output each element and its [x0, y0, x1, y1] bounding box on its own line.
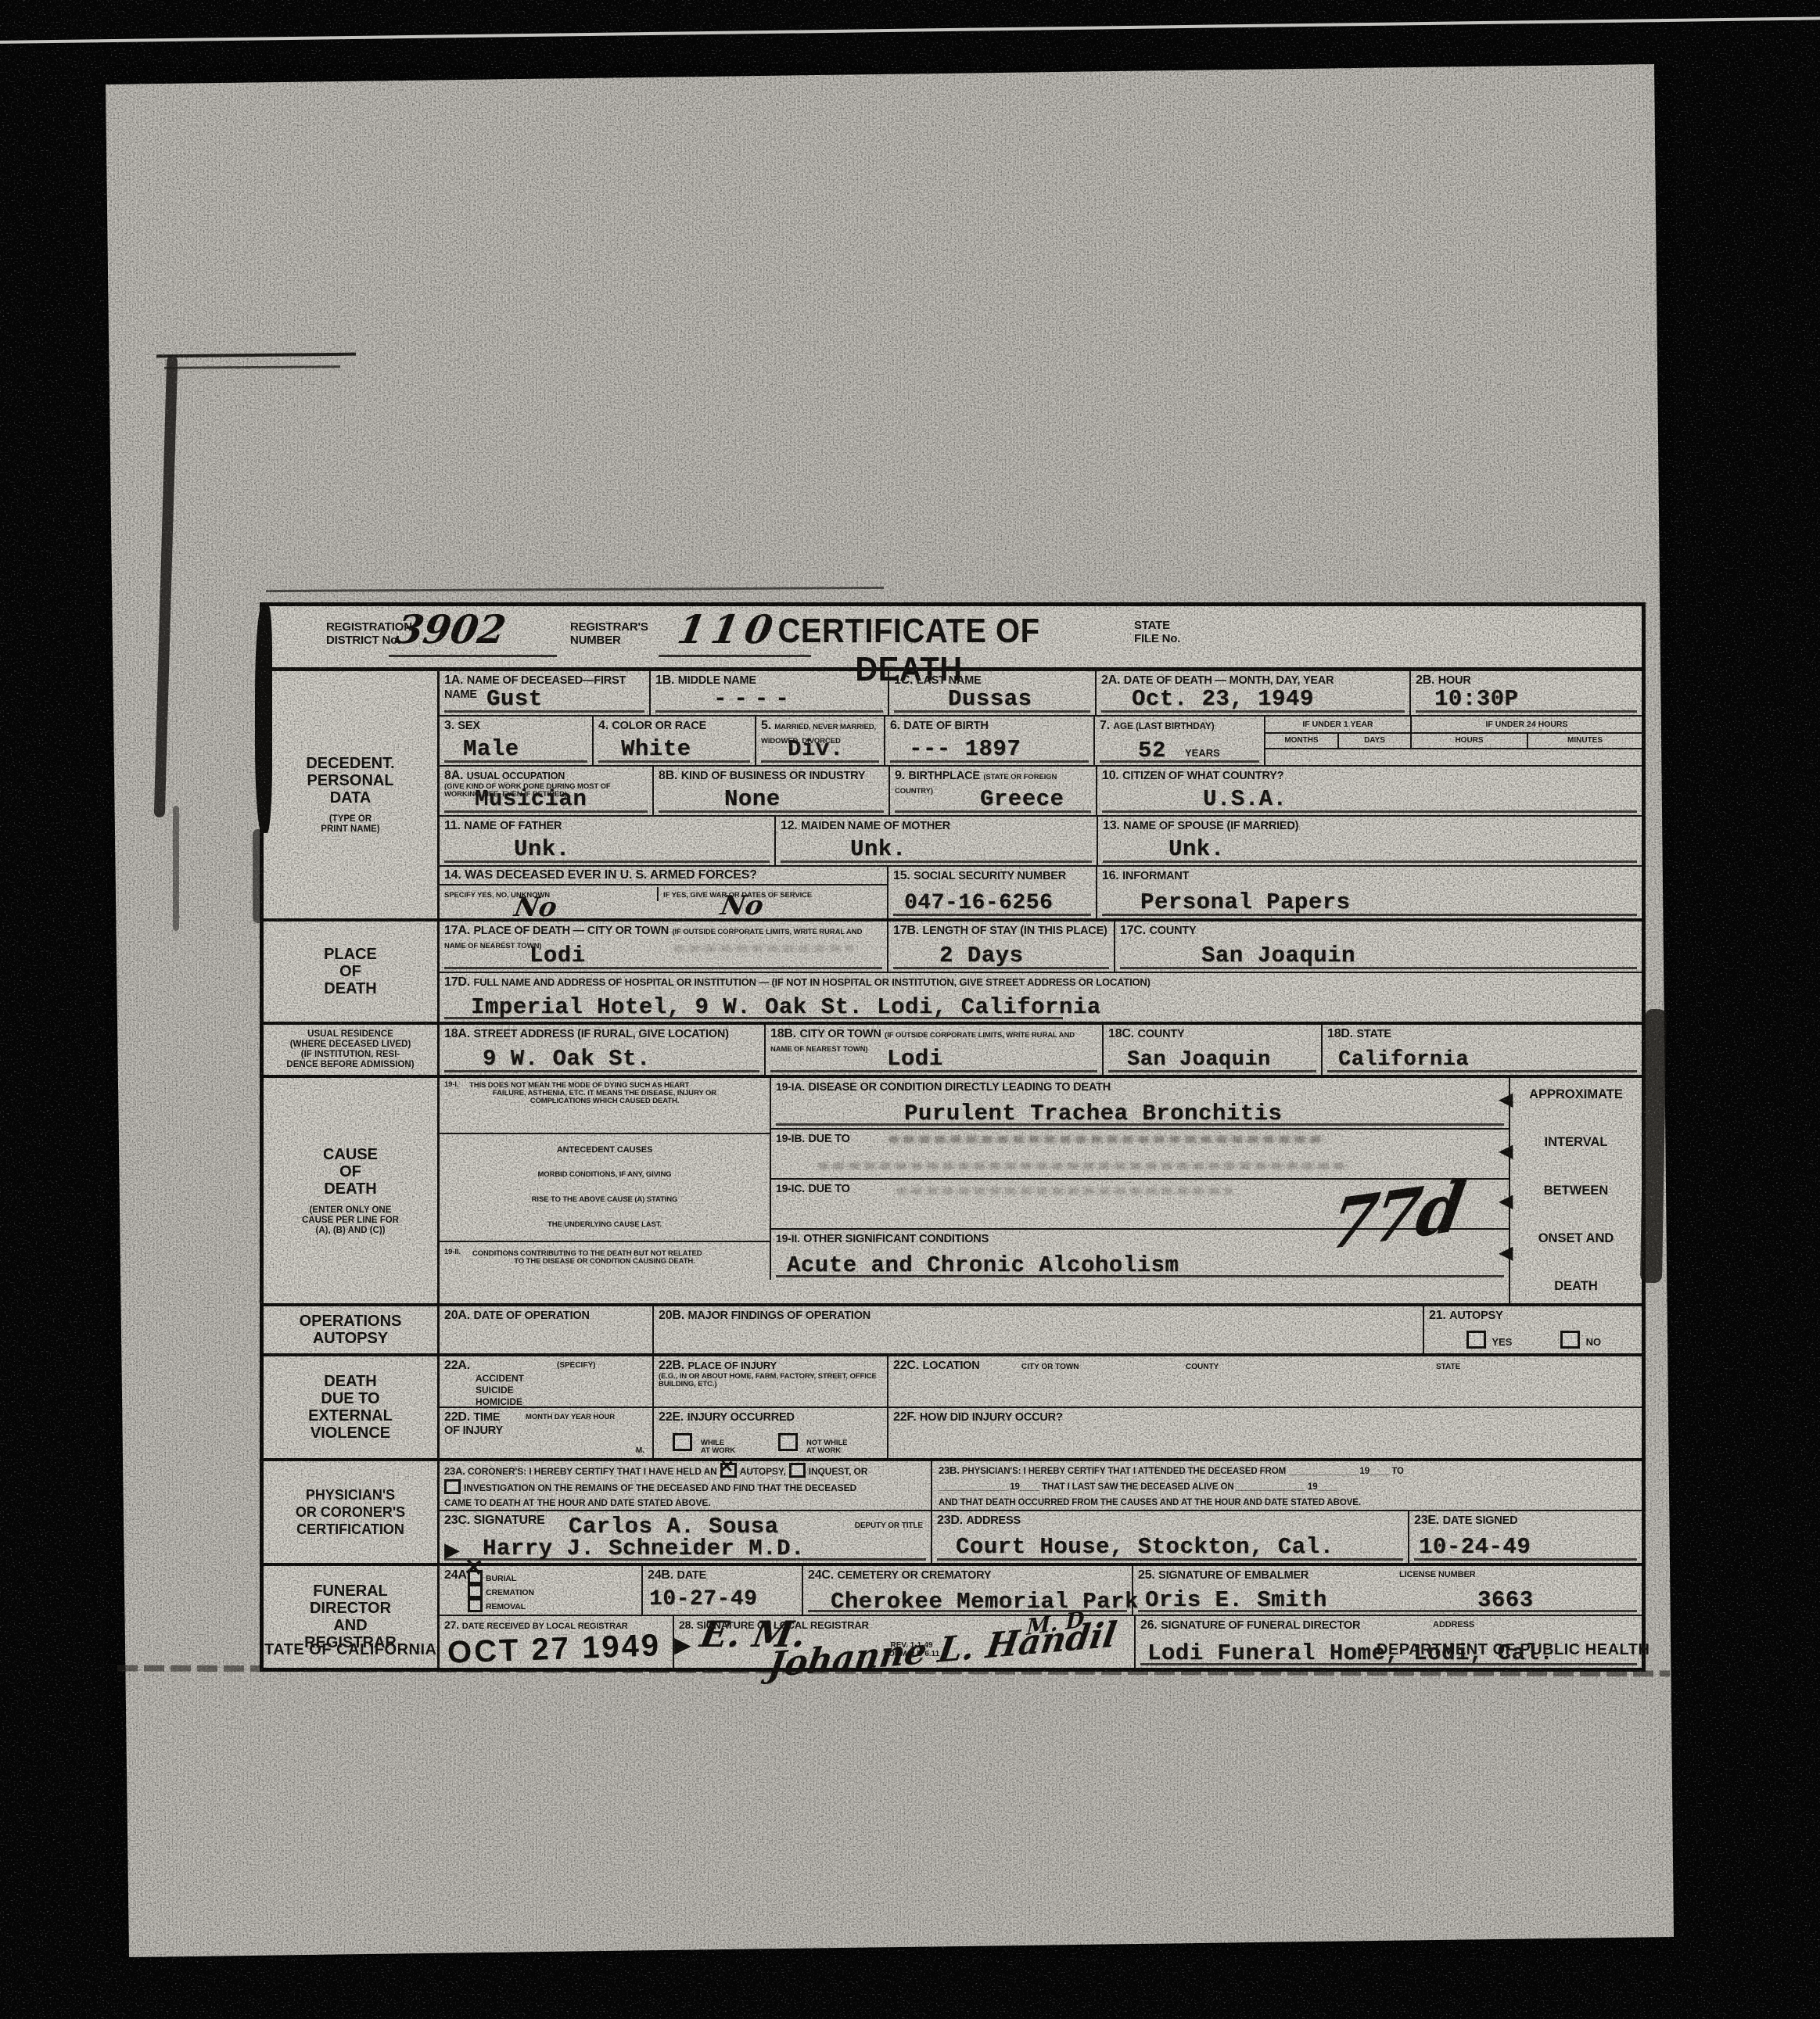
field-label: HOUR: [1438, 674, 1471, 687]
date-received-stamp: OCT 27 1949: [447, 1628, 662, 1671]
field-value: 9 W. Oak St.: [483, 1046, 651, 1072]
city-or-town-label: CITY OR TOWN: [1021, 1363, 1079, 1371]
removal-option: REMOVAL: [465, 1598, 637, 1612]
field-label: WAS DECEASED EVER IN U. S. ARMED FORCES?: [465, 868, 757, 882]
section-label-place: PLACE OF DEATH: [264, 921, 440, 1022]
age-subgrid: IF UNDER 1 YEAR IF UNDER 24 HOURS MONTHS…: [1265, 717, 1642, 749]
removal-label: REMOVAL: [486, 1602, 526, 1611]
row-18: 18A. STREET ADDRESS (IF RURAL, GIVE LOCA…: [440, 1025, 1642, 1075]
cert-text: CORONER'S: I HEREBY CERTIFY THAT I HAVE …: [468, 1466, 717, 1477]
tear-mark-tail: [173, 806, 179, 931]
yes-checkbox: [1466, 1331, 1486, 1349]
field-1c: 1C. LAST NAME Dussas: [888, 671, 1095, 715]
side-label-line: DEATH: [324, 1373, 376, 1390]
field-10: 10. CITIZEN OF WHAT COUNTRY? U.S.A.: [1096, 767, 1642, 815]
cert-text: CAME TO DEATH AT THE HOUR AND DATE STATE…: [444, 1497, 711, 1508]
time-label: TIME: [473, 1411, 500, 1424]
field-label: INFORMANT: [1122, 870, 1189, 882]
burial-checkbox: ✕: [468, 1570, 483, 1584]
field-label: COUNTY: [1149, 925, 1196, 937]
field-label: COUNTY: [1137, 1028, 1184, 1040]
side-label-line: PRINT NAME): [321, 824, 379, 835]
field-no: 1C.: [894, 674, 913, 687]
field-14: 14. WAS DECEASED EVER IN U. S. ARMED FOR…: [440, 867, 887, 918]
side-label-line: (IF INSTITUTION, RESI-: [301, 1050, 400, 1060]
field-12: 12. MAIDEN NAME OF MOTHER Unk.: [774, 817, 1097, 865]
field-no: 22E.: [659, 1410, 684, 1424]
field-value: White: [621, 736, 691, 762]
field-label: LENGTH OF STAY (IN THIS PLACE): [922, 925, 1107, 937]
footer-form-number: REV. 1-1-49 FORM R.B 6.11: [884, 1641, 939, 1658]
months-label: MONTHS: [1265, 734, 1337, 749]
field-22e: 22E. INJURY OCCURRED WHILEAT WORK NOT WH…: [652, 1408, 887, 1458]
field-1b: 1B. MIDDLE NAME ----: [649, 671, 888, 715]
field-value: Male: [463, 736, 519, 762]
field-value: California: [1338, 1048, 1469, 1072]
field-23a: 23A. CORONER'S: I HEREBY CERTIFY THAT I …: [440, 1461, 931, 1510]
field-no: 16.: [1102, 869, 1119, 882]
note-line: COMPLICATIONS WHICH CAUSED DEATH.: [446, 1098, 763, 1105]
field-label: LAST NAME: [917, 674, 982, 687]
row-5: 14. WAS DECEASED EVER IN U. S. ARMED FOR…: [440, 865, 1642, 918]
cert-text: INVESTIGATION ON THE REMAINS OF THE DECE…: [464, 1482, 856, 1493]
field-no: 22C.: [893, 1359, 919, 1372]
field-label: NAME OF FATHER: [464, 820, 562, 832]
field-label: INJURY OCCURRED: [687, 1411, 795, 1424]
section-operations: OPERATIONS AUTOPSY 20A. DATE OF OPERATIO…: [264, 1303, 1642, 1353]
field-19ic: 19-IC. DUE TO 77d: [770, 1178, 1509, 1228]
cert-text: ______________ 19____ THAT I LAST SAW TH…: [939, 1482, 1337, 1492]
field-no: 23E.: [1414, 1514, 1439, 1527]
field-no: 13.: [1103, 819, 1120, 832]
field-no: 19-I.: [444, 1081, 459, 1089]
interval-column: ◀ ◀ ◀ ◀ APPROXIMATE INTERVAL BETWEEN ONS…: [1509, 1078, 1642, 1303]
field-value: Acute and Chronic Alcoholism: [787, 1252, 1179, 1278]
underline: [444, 710, 644, 713]
autopsy-yes-option: YES: [1463, 1331, 1512, 1349]
specify-label: (SPECIFY): [557, 1361, 595, 1370]
field-no: 15.: [893, 869, 910, 882]
side-label-line: FUNERAL: [313, 1583, 388, 1600]
row-17d: 17D. FULL NAME AND ADDRESS OF HOSPITAL O…: [440, 972, 1642, 1022]
field-no: 8B.: [659, 769, 677, 782]
section-certification: PHYSICIAN'S OR CORONER'S CERTIFICATION 2…: [264, 1458, 1642, 1563]
field-no: 1A.: [444, 674, 463, 687]
field-no: 19-II.: [776, 1232, 800, 1245]
field-no: 10.: [1102, 769, 1119, 782]
field-no: 8A.: [444, 769, 463, 782]
removal-checkbox: [468, 1598, 483, 1612]
field-no: 5.: [761, 719, 771, 732]
if-under-24-hours-label: IF UNDER 24 HOURS: [1410, 717, 1642, 734]
coroner-cert-line-2: INVESTIGATION ON THE REMAINS OF THE DECE…: [444, 1479, 926, 1496]
side-label-line: PLACE: [324, 946, 377, 963]
decedent-rows: 1A. NAME OF DECEASED—FIRST NAME Gust 1B.…: [440, 671, 1642, 918]
field-23d: 23D. ADDRESS Court House, Stockton, Cal.: [931, 1511, 1408, 1563]
cert-text: PHYSICIAN'S: I HEREBY CERTIFY THAT I ATT…: [962, 1467, 1404, 1476]
interval-word: DEATH: [1554, 1279, 1598, 1294]
interval-word: INTERVAL: [1545, 1135, 1608, 1150]
side-label-line: OF: [339, 963, 361, 980]
burial-option: ✕BURIAL: [465, 1570, 637, 1584]
field-value: Gust: [486, 686, 543, 712]
field-label: MAIDEN NAME OF MOTHER: [801, 820, 950, 832]
side-label-line: EXTERNAL: [308, 1407, 393, 1424]
no-checkbox: [1560, 1331, 1580, 1349]
field-18a: 18A. STREET ADDRESS (IF RURAL, GIVE LOCA…: [440, 1025, 764, 1075]
field-no: 1B.: [655, 674, 674, 687]
side-label-line: DIRECTOR: [310, 1600, 391, 1617]
note-line: THE UNDERLYING CAUSE LAST.: [443, 1221, 766, 1229]
field-value: 10-27-49: [649, 1587, 757, 1611]
field-value: 047-16-6256: [904, 891, 1053, 915]
suicide-label: SUICIDE: [476, 1385, 648, 1396]
violence-rows: 22A. (SPECIFY) ACCIDENT SUICIDE HOMICIDE…: [440, 1356, 1642, 1458]
field-value: No: [512, 892, 559, 923]
side-label-line: VIOLENCE: [311, 1424, 390, 1442]
field-value: Imperial Hotel, 9 W. Oak St. Lodi, Calif…: [471, 994, 1101, 1020]
arrow-left-icon: ◀: [1499, 1092, 1513, 1108]
field-label: BIRTHPLACE: [908, 770, 979, 782]
field-fine-print: (E.G., IN OR ABOUT HOME, FARM, FACTORY, …: [659, 1373, 882, 1389]
arrow-right-icon: ▶: [444, 1541, 460, 1558]
field-7-subboxes: IF UNDER 1 YEAR IF UNDER 24 HOURS MONTHS…: [1264, 717, 1642, 765]
field-value: 2 Days: [939, 943, 1023, 968]
inquest-checkbox: [789, 1463, 806, 1478]
field-4: 4. COLOR OR RACE White: [592, 717, 755, 765]
county-label: COUNTY: [1186, 1363, 1219, 1371]
field-label: SIGNATURE OF EMBALMER: [1158, 1569, 1308, 1582]
age-unit-label: YEARS: [1185, 747, 1220, 759]
row-23cde: 23C. SIGNATURE Carlos A. Sousa DEPUTY OR…: [440, 1510, 1642, 1563]
interval-word: BETWEEN: [1544, 1184, 1609, 1198]
field-20b: 20B. MAJOR FINDINGS OF OPERATION: [652, 1306, 1423, 1353]
side-label-line: CERTIFICATION: [296, 1521, 404, 1538]
field-label: CITIZEN OF WHAT COUNTRY?: [1122, 770, 1283, 782]
field-value: Oct. 23, 1949: [1132, 686, 1314, 712]
row-4: 11. NAME OF FATHER Unk. 12. MAIDEN NAME …: [440, 815, 1642, 865]
field-value: Musician: [475, 786, 587, 812]
section-label-operations: OPERATIONS AUTOPSY: [264, 1306, 440, 1353]
while-at-work-checkbox: [673, 1433, 692, 1451]
field-label: SEX: [458, 720, 479, 732]
meridiem-label: M.: [636, 1446, 644, 1455]
field-label: ADDRESS: [966, 1514, 1021, 1527]
field-22d: 22D. TIME MONTH DAY YEAR HOUR OF INJURY …: [440, 1408, 652, 1458]
not-while-at-work-checkbox: [778, 1433, 798, 1451]
field-no: 3.: [444, 719, 454, 732]
field-label: HOW DID INJURY OCCUR?: [920, 1411, 1063, 1424]
field-label: AGE (LAST BIRTHDAY): [1113, 720, 1214, 731]
underline: [781, 860, 1092, 863]
field-no: 12.: [781, 819, 798, 832]
cause-note-19ii: 19-II. CONDITIONS CONTRIBUTING TO THE DE…: [440, 1241, 770, 1303]
note-line: RISE TO THE ABOVE CAUSE (A) STATING: [443, 1196, 766, 1204]
field-value: Dussas: [948, 686, 1032, 712]
field-value: 10-24-49: [1419, 1534, 1531, 1560]
smudge: [818, 1162, 1350, 1169]
note-line: TO THE DISEASE OR CONDITION CAUSING DEAT…: [446, 1258, 763, 1266]
side-label-line: (WHERE DECEASED LIVED): [290, 1040, 411, 1050]
yes-label: YES: [1492, 1336, 1512, 1348]
field-label: DATE OF DEATH — MONTH, DAY, YEAR: [1124, 674, 1334, 687]
residence-rows: 18A. STREET ADDRESS (IF RURAL, GIVE LOCA…: [440, 1025, 1642, 1075]
field-24a: 24A. ✕BURIAL CREMATION REMOVAL: [440, 1566, 641, 1615]
field-no: 11.: [444, 819, 461, 832]
physician-cert-line-2: ______________ 19____ THAT I LAST SAW TH…: [939, 1479, 1635, 1495]
field-no: 9.: [895, 769, 905, 782]
divider: [440, 884, 887, 886]
license-number-value: 3663: [1477, 1587, 1534, 1613]
not-while-at-work-option: [775, 1433, 801, 1452]
certificate-form: REGISTRATION DISTRICT No. 3902 REGISTRAR…: [260, 602, 1646, 1672]
field-17c: 17C. COUNTY San Joaquin: [1114, 921, 1642, 972]
field-label: PLACE OF INJURY: [687, 1360, 777, 1371]
underline: [389, 655, 557, 657]
smudge: [674, 945, 854, 952]
field-20a: 20A. DATE OF OPERATION: [440, 1306, 652, 1353]
field-25: 25. SIGNATURE OF EMBALMER LICENSE NUMBER…: [1132, 1566, 1642, 1615]
footer-state-of-california: TATE OF CALIFORNIA: [264, 1641, 436, 1659]
field-label: KIND OF BUSINESS OR INDUSTRY: [681, 770, 866, 782]
section-label-physician: PHYSICIAN'S OR CORONER'S CERTIFICATION: [264, 1461, 440, 1563]
field-8a: 8A. USUAL OCCUPATION (GIVE KIND OF WORK …: [440, 767, 652, 815]
arrow-left-icon: ◀: [1499, 1194, 1513, 1209]
underline: [1120, 967, 1637, 969]
field-no: 19-IA.: [776, 1080, 805, 1093]
field-no: 23D.: [937, 1514, 963, 1527]
field-no: 22A.: [444, 1359, 470, 1372]
row-24-25: 24A. ✕BURIAL CREMATION REMOVAL 24B. DATE…: [440, 1566, 1642, 1615]
section-label-decedent: DECEDENT. PERSONAL DATA (TYPE OR PRINT N…: [264, 671, 440, 918]
field-value: Unk.: [850, 836, 906, 862]
field-label: SIGNATURE OF FUNERAL DIRECTOR: [1161, 1619, 1360, 1632]
section-usual-residence: USUAL RESIDENCE (WHERE DECEASED LIVED) (…: [264, 1022, 1642, 1075]
field-label: SOCIAL SECURITY NUMBER: [914, 870, 1066, 882]
field-19ib: 19-IB. DUE TO: [770, 1128, 1509, 1178]
field-value: ----: [713, 686, 796, 712]
field-label: OTHER SIGNIFICANT CONDITIONS: [803, 1233, 989, 1245]
field-18b: 18B. CITY OR TOWN (IF OUTSIDE CORPORATE …: [764, 1025, 1102, 1075]
label-line: REGISTRAR'S: [570, 620, 648, 634]
specify-subcell: SPECIFY YES, NO, UNKNOWN No: [444, 887, 657, 901]
field-label: DATE OF OPERATION: [473, 1309, 589, 1322]
ink-blotch: [253, 829, 264, 923]
label-line: STATE: [1134, 619, 1180, 632]
armed-forces-subcells: SPECIFY YES, NO, UNKNOWN No IF YES, GIVE…: [444, 887, 882, 901]
section-label-violence: DEATH DUE TO EXTERNAL VIOLENCE: [264, 1356, 440, 1458]
field-label: LOCATION: [922, 1360, 979, 1372]
side-label-line: AND: [333, 1617, 367, 1634]
field-3: 3. SEX Male: [440, 717, 592, 765]
underline: [1102, 810, 1637, 813]
field-15: 15. SOCIAL SECURITY NUMBER 047-16-6256: [887, 867, 1096, 918]
field-no: 20A.: [444, 1309, 470, 1322]
field-7: 7. AGE (LAST BIRTHDAY) 52 YEARS: [1093, 717, 1264, 765]
field-no: 19-II.: [444, 1248, 461, 1256]
field-16: 16. INFORMANT Personal Papers: [1096, 867, 1642, 918]
while-at-work-labels: WHILEAT WORK: [701, 1439, 735, 1455]
field-no: 6.: [890, 719, 900, 732]
cremation-label: CREMATION: [486, 1588, 534, 1597]
field-value: U.S.A.: [1203, 786, 1287, 812]
form-header: REGISTRATION DISTRICT No. 3902 REGISTRAR…: [264, 606, 1642, 671]
field-no: 18A.: [444, 1027, 470, 1040]
field-value: Greece: [980, 786, 1064, 812]
underline: [444, 967, 882, 969]
field-value: Unk.: [1168, 836, 1225, 862]
field-label: DATE: [677, 1569, 706, 1582]
field-22b: 22B. PLACE OF INJURY (E.G., IN OR ABOUT …: [652, 1356, 887, 1406]
section-label-residence: USUAL RESIDENCE (WHERE DECEASED LIVED) (…: [264, 1025, 440, 1075]
autopsy-checkbox: ✕: [720, 1463, 737, 1478]
field-17b: 17B. LENGTH OF STAY (IN THIS PLACE) 2 Da…: [887, 921, 1114, 972]
arrow-left-icon: ◀: [1499, 1245, 1513, 1261]
field-value: Lodi: [529, 943, 586, 968]
side-label-line: DUE TO: [321, 1390, 379, 1407]
field-13: 13. NAME OF SPOUSE (IF MARRIED) Unk.: [1097, 817, 1642, 865]
side-label-line: AUTOPSY: [313, 1330, 388, 1347]
disposition-options: ✕BURIAL CREMATION REMOVAL: [465, 1570, 637, 1612]
row-22abc: 22A. (SPECIFY) ACCIDENT SUICIDE HOMICIDE…: [440, 1356, 1642, 1406]
field-label: DUE TO: [808, 1183, 849, 1195]
field-value: Div.: [788, 736, 844, 762]
field-label: STATE: [1356, 1028, 1391, 1040]
side-label-line: OPERATIONS: [300, 1313, 402, 1330]
field-label: USUAL OCCUPATION: [467, 771, 565, 781]
side-label-line: USUAL RESIDENCE: [307, 1029, 393, 1040]
field-8b: 8B. KIND OF BUSINESS OR INDUSTRY None: [652, 767, 888, 815]
side-label-line: DENCE BEFORE ADMISSION): [286, 1060, 414, 1070]
field-no: 14.: [444, 868, 461, 882]
if-under-1-year-label: IF UNDER 1 YEAR: [1265, 717, 1410, 734]
field-2a: 2A. DATE OF DEATH — MONTH, DAY, YEAR Oct…: [1095, 671, 1409, 715]
investigation-checkbox: [444, 1479, 461, 1494]
section-external-violence: DEATH DUE TO EXTERNAL VIOLENCE 22A. (SPE…: [264, 1353, 1642, 1458]
field-22f: 22F. HOW DID INJURY OCCUR?: [887, 1408, 1642, 1458]
field-no: 17B.: [893, 924, 919, 937]
field-no: 17A.: [444, 924, 470, 937]
field-24b: 24B. DATE 10-27-49: [641, 1566, 802, 1615]
field-23e: 23E. DATE SIGNED 10-24-49: [1408, 1511, 1642, 1563]
field-value: San Joaquin: [1127, 1048, 1271, 1072]
field-23c: 23C. SIGNATURE Carlos A. Sousa DEPUTY OR…: [440, 1511, 931, 1563]
label-line: NUMBER: [570, 634, 648, 647]
ink-blotch: [255, 606, 272, 833]
smudge: [888, 1136, 1326, 1143]
interval-word: APPROXIMATE: [1529, 1087, 1623, 1102]
field-value: Cherokee Memorial Park: [831, 1589, 1139, 1615]
field-label: MAJOR FINDINGS OF OPERATION: [687, 1309, 871, 1322]
address-label: ADDRESS: [1433, 1621, 1474, 1629]
state-file-label: STATE FILE No.: [1134, 619, 1180, 645]
interval-word: ONSET AND: [1538, 1231, 1614, 1246]
side-label-line: OR CORONER'S: [296, 1503, 405, 1521]
operations-rows: 20A. DATE OF OPERATION 20B. MAJOR FINDIN…: [440, 1306, 1642, 1353]
deputy-or-title-label: DEPUTY OR TITLE: [855, 1522, 923, 1530]
side-label-line: CAUSE PER LINE FOR: [302, 1216, 399, 1226]
field-label: DUE TO: [808, 1133, 849, 1145]
field-label: PLACE OF DEATH — CITY OR TOWN: [473, 925, 669, 937]
field-no: 22B.: [659, 1359, 684, 1372]
side-label-line: DECEDENT.: [306, 755, 394, 772]
embalmer-signature-value: Oris E. Smith: [1145, 1587, 1327, 1613]
field-no: 18D.: [1327, 1027, 1353, 1040]
section-cause-of-death: CAUSE OF DEATH (ENTER ONLY ONE CAUSE PER…: [264, 1075, 1642, 1303]
field-no: 20B.: [659, 1309, 684, 1322]
field-no: 23B.: [939, 1464, 960, 1476]
side-label-line: (ENTER ONLY ONE: [310, 1205, 392, 1216]
cremation-option: CREMATION: [465, 1584, 637, 1598]
side-label-line: CAUSE: [323, 1146, 378, 1163]
field-value: Personal Papers: [1140, 889, 1351, 915]
field-11: 11. NAME OF FATHER Unk.: [440, 817, 774, 865]
field-label: CITY OR TOWN: [799, 1028, 881, 1040]
field-no: 23A.: [444, 1465, 465, 1477]
side-label-line: (TYPE OR: [329, 814, 372, 824]
license-number-label: LICENSE NUMBER: [1399, 1571, 1476, 1579]
field-label: DATE OF BIRTH: [903, 720, 988, 732]
form-revision: REV. 1-1-49: [884, 1641, 939, 1650]
section-place-of-death: PLACE OF DEATH 17A. PLACE OF DEATH — CIT…: [264, 918, 1642, 1022]
field-label: DISEASE OR CONDITION DIRECTLY LEADING TO…: [808, 1081, 1111, 1094]
cert-text: AUTOPSY,: [740, 1466, 786, 1477]
field-no: 23C.: [444, 1514, 470, 1527]
scanned-death-certificate: REGISTRATION DISTRICT No. 3902 REGISTRAR…: [0, 0, 1820, 2019]
field-27: 27. DATE RECEIVED BY LOCAL REGISTRAR OCT…: [440, 1616, 673, 1668]
field-no: 17C.: [1120, 924, 1146, 937]
field-no: 7.: [1100, 719, 1110, 732]
deputy-signature-value: Harry J. Schneider M.D.: [483, 1536, 805, 1561]
field-label: MIDDLE NAME: [678, 674, 756, 687]
side-label-line: OF: [339, 1163, 361, 1180]
physician-cert-line-1: 23B. PHYSICIAN'S: I HEREBY CERTIFY THAT …: [939, 1463, 1635, 1479]
field-21: 21. AUTOPSY YES NO: [1423, 1306, 1642, 1353]
underline: [444, 860, 770, 863]
war-dates-subcell: IF YES, GIVE WAR OR DATES OF SERVICE No: [657, 887, 882, 901]
field-no: 2A.: [1101, 674, 1120, 687]
not-while-at-work-labels: NOT WHILEAT WORK: [806, 1439, 847, 1455]
arrow-left-icon: ◀: [1499, 1144, 1513, 1159]
days-label: DAYS: [1337, 734, 1410, 749]
field-no: 22F.: [893, 1410, 916, 1424]
field-value: Purulent Trachea Bronchitis: [904, 1101, 1282, 1126]
section-label-cause: CAUSE OF DEATH (ENTER ONLY ONE CAUSE PER…: [264, 1078, 440, 1303]
note-line: ANTECEDENT CAUSES: [443, 1146, 766, 1154]
field-no: 25.: [1138, 1568, 1155, 1582]
field-label: STREET ADDRESS (IF RURAL, GIVE LOCATION): [473, 1028, 728, 1040]
x-mark: ✕: [719, 1458, 734, 1474]
field-label: AUTOPSY: [1449, 1309, 1502, 1322]
accident-label: ACCIDENT: [476, 1373, 648, 1385]
label-line: AT WORK: [806, 1447, 847, 1455]
row-23ab: 23A. CORONER'S: I HEREBY CERTIFY THAT I …: [440, 1461, 1642, 1510]
field-2b: 2B. HOUR 10:30P: [1409, 671, 1642, 715]
x-mark: ✕: [463, 1561, 483, 1575]
field-value: Court House, Stockton, Cal.: [956, 1534, 1334, 1560]
row-22def: 22D. TIME MONTH DAY YEAR HOUR OF INJURY …: [440, 1406, 1642, 1458]
field-17d: 17D. FULL NAME AND ADDRESS OF HOSPITAL O…: [440, 973, 1642, 1022]
field-no: 2B.: [1416, 674, 1434, 687]
row-2: 3. SEX Male 4. COLOR OR RACE White 5. MA…: [440, 715, 1642, 765]
row-17: 17A. PLACE OF DEATH — CITY OR TOWN (IF O…: [440, 921, 1642, 972]
field-label: FULL NAME AND ADDRESS OF HOSPITAL OR INS…: [473, 976, 1150, 988]
field-label: CEMETERY OR CREMATORY: [837, 1569, 991, 1582]
field-no: 18B.: [770, 1027, 796, 1040]
field-no: 19-IC.: [776, 1182, 805, 1195]
field-no: 19-IB.: [776, 1132, 805, 1144]
field-no: 28.: [679, 1618, 694, 1631]
